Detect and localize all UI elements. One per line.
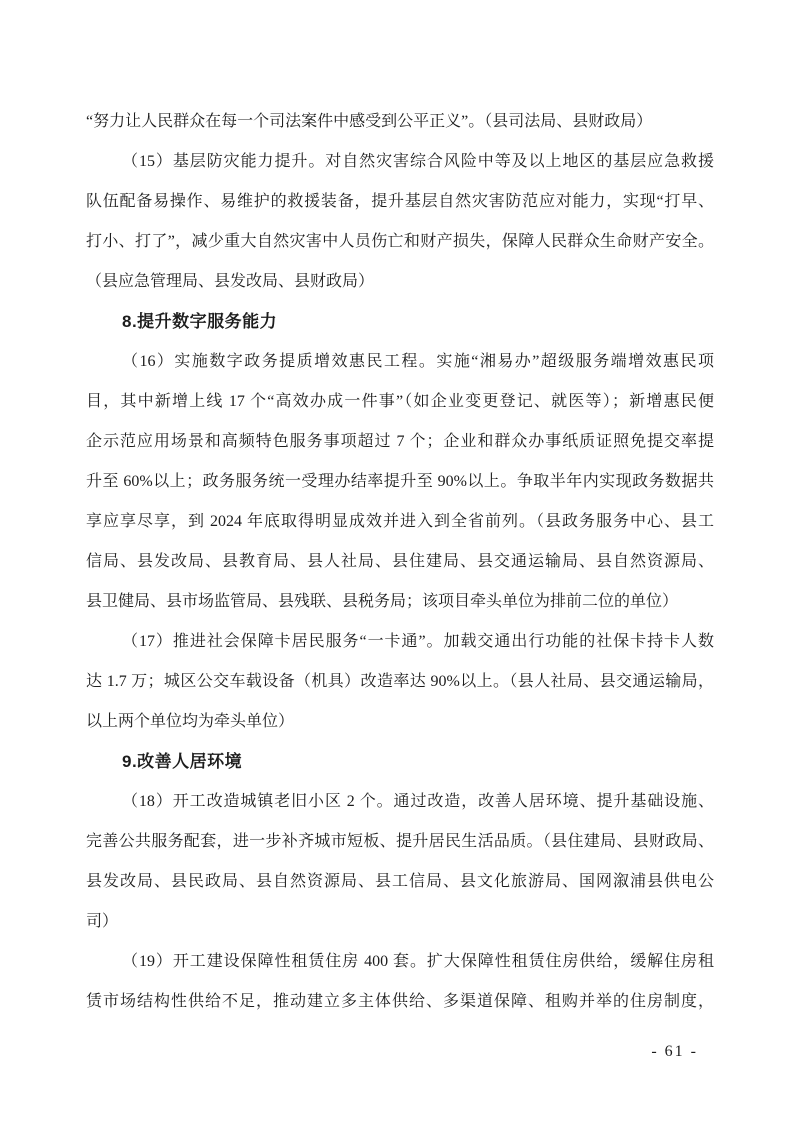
text-column: “努力让人民群众在每一个司法案件中感受到公平正义”。（县司法局、县财政局） （1… <box>86 102 714 1022</box>
text-line: 达 1.7 万；城区公交车载设备（机具）改造率达 90%以上。（县人社局、县交通… <box>86 662 714 702</box>
text-line: （19）开工建设保障性租赁住房 400 套。扩大保障性租赁住房供给，缓解住房租 <box>86 942 714 982</box>
text-line: 县卫健局、县市场监管局、县残联、县税务局；该项目牵头单位为排前二位的单位） <box>86 582 714 622</box>
text-line: 目，其中新增上线 17 个“高效办成一件事”（如企业变更登记、就医等）；新增惠民… <box>86 382 714 422</box>
text-line: （18）开工改造城镇老旧小区 2 个。通过改造，改善人居环境、提升基础设施、 <box>86 782 714 822</box>
text-line: 赁市场结构性供给不足，推动建立多主体供给、多渠道保障、租购并举的住房制度， <box>86 982 714 1022</box>
text-line: 司） <box>86 902 714 942</box>
text-line: （16）实施数字政务提质增效惠民工程。实施“湘易办”超级服务端增效惠民项 <box>86 342 714 382</box>
text-line: 完善公共服务配套，进一步补齐城市短板、提升居民生活品质。（县住建局、县财政局、 <box>86 822 714 862</box>
text-line: 企示范应用场景和高频特色服务事项超过 7 个；企业和群众办事纸质证照免提交率提 <box>86 422 714 462</box>
page-number: - 61 - <box>86 1032 714 1072</box>
text-line: 打小、打了”，减少重大自然灾害中人员伤亡和财产损失，保障人民群众生命财产安全。 <box>86 222 714 262</box>
text-line: （17）推进社会保障卡居民服务“一卡通”。加载交通出行功能的社保卡持卡人数 <box>86 622 714 662</box>
text-line: （县应急管理局、县发改局、县财政局） <box>86 262 714 302</box>
text-line: 县发改局、县民政局、县自然资源局、县工信局、县文化旅游局、国网溆浦县供电公 <box>86 862 714 902</box>
text-line: 以上两个单位均为牵头单位） <box>86 702 714 742</box>
heading-section-9: 9.改善人居环境 <box>86 742 714 782</box>
text-line: 信局、县发改局、县教育局、县人社局、县住建局、县交通运输局、县自然资源局、 <box>86 542 714 582</box>
text-line: 升至 60%以上；政务服务统一受理办结率提升至 90%以上。争取半年内实现政务数… <box>86 462 714 502</box>
text-line: “努力让人民群众在每一个司法案件中感受到公平正义”。（县司法局、县财政局） <box>86 102 714 142</box>
text-line: （15）基层防灾能力提升。对自然灾害综合风险中等及以上地区的基层应急救援 <box>86 142 714 182</box>
text-line: 队伍配备易操作、易维护的救援装备，提升基层自然灾害防范应对能力，实现“打早、 <box>86 182 714 222</box>
text-line: 享应享尽享，到 2024 年底取得明显成效并进入到全省前列。（县政务服务中心、县… <box>86 502 714 542</box>
document-page: “努力让人民群众在每一个司法案件中感受到公平正义”。（县司法局、县财政局） （1… <box>0 0 793 1122</box>
heading-section-8: 8.提升数字服务能力 <box>86 302 714 342</box>
